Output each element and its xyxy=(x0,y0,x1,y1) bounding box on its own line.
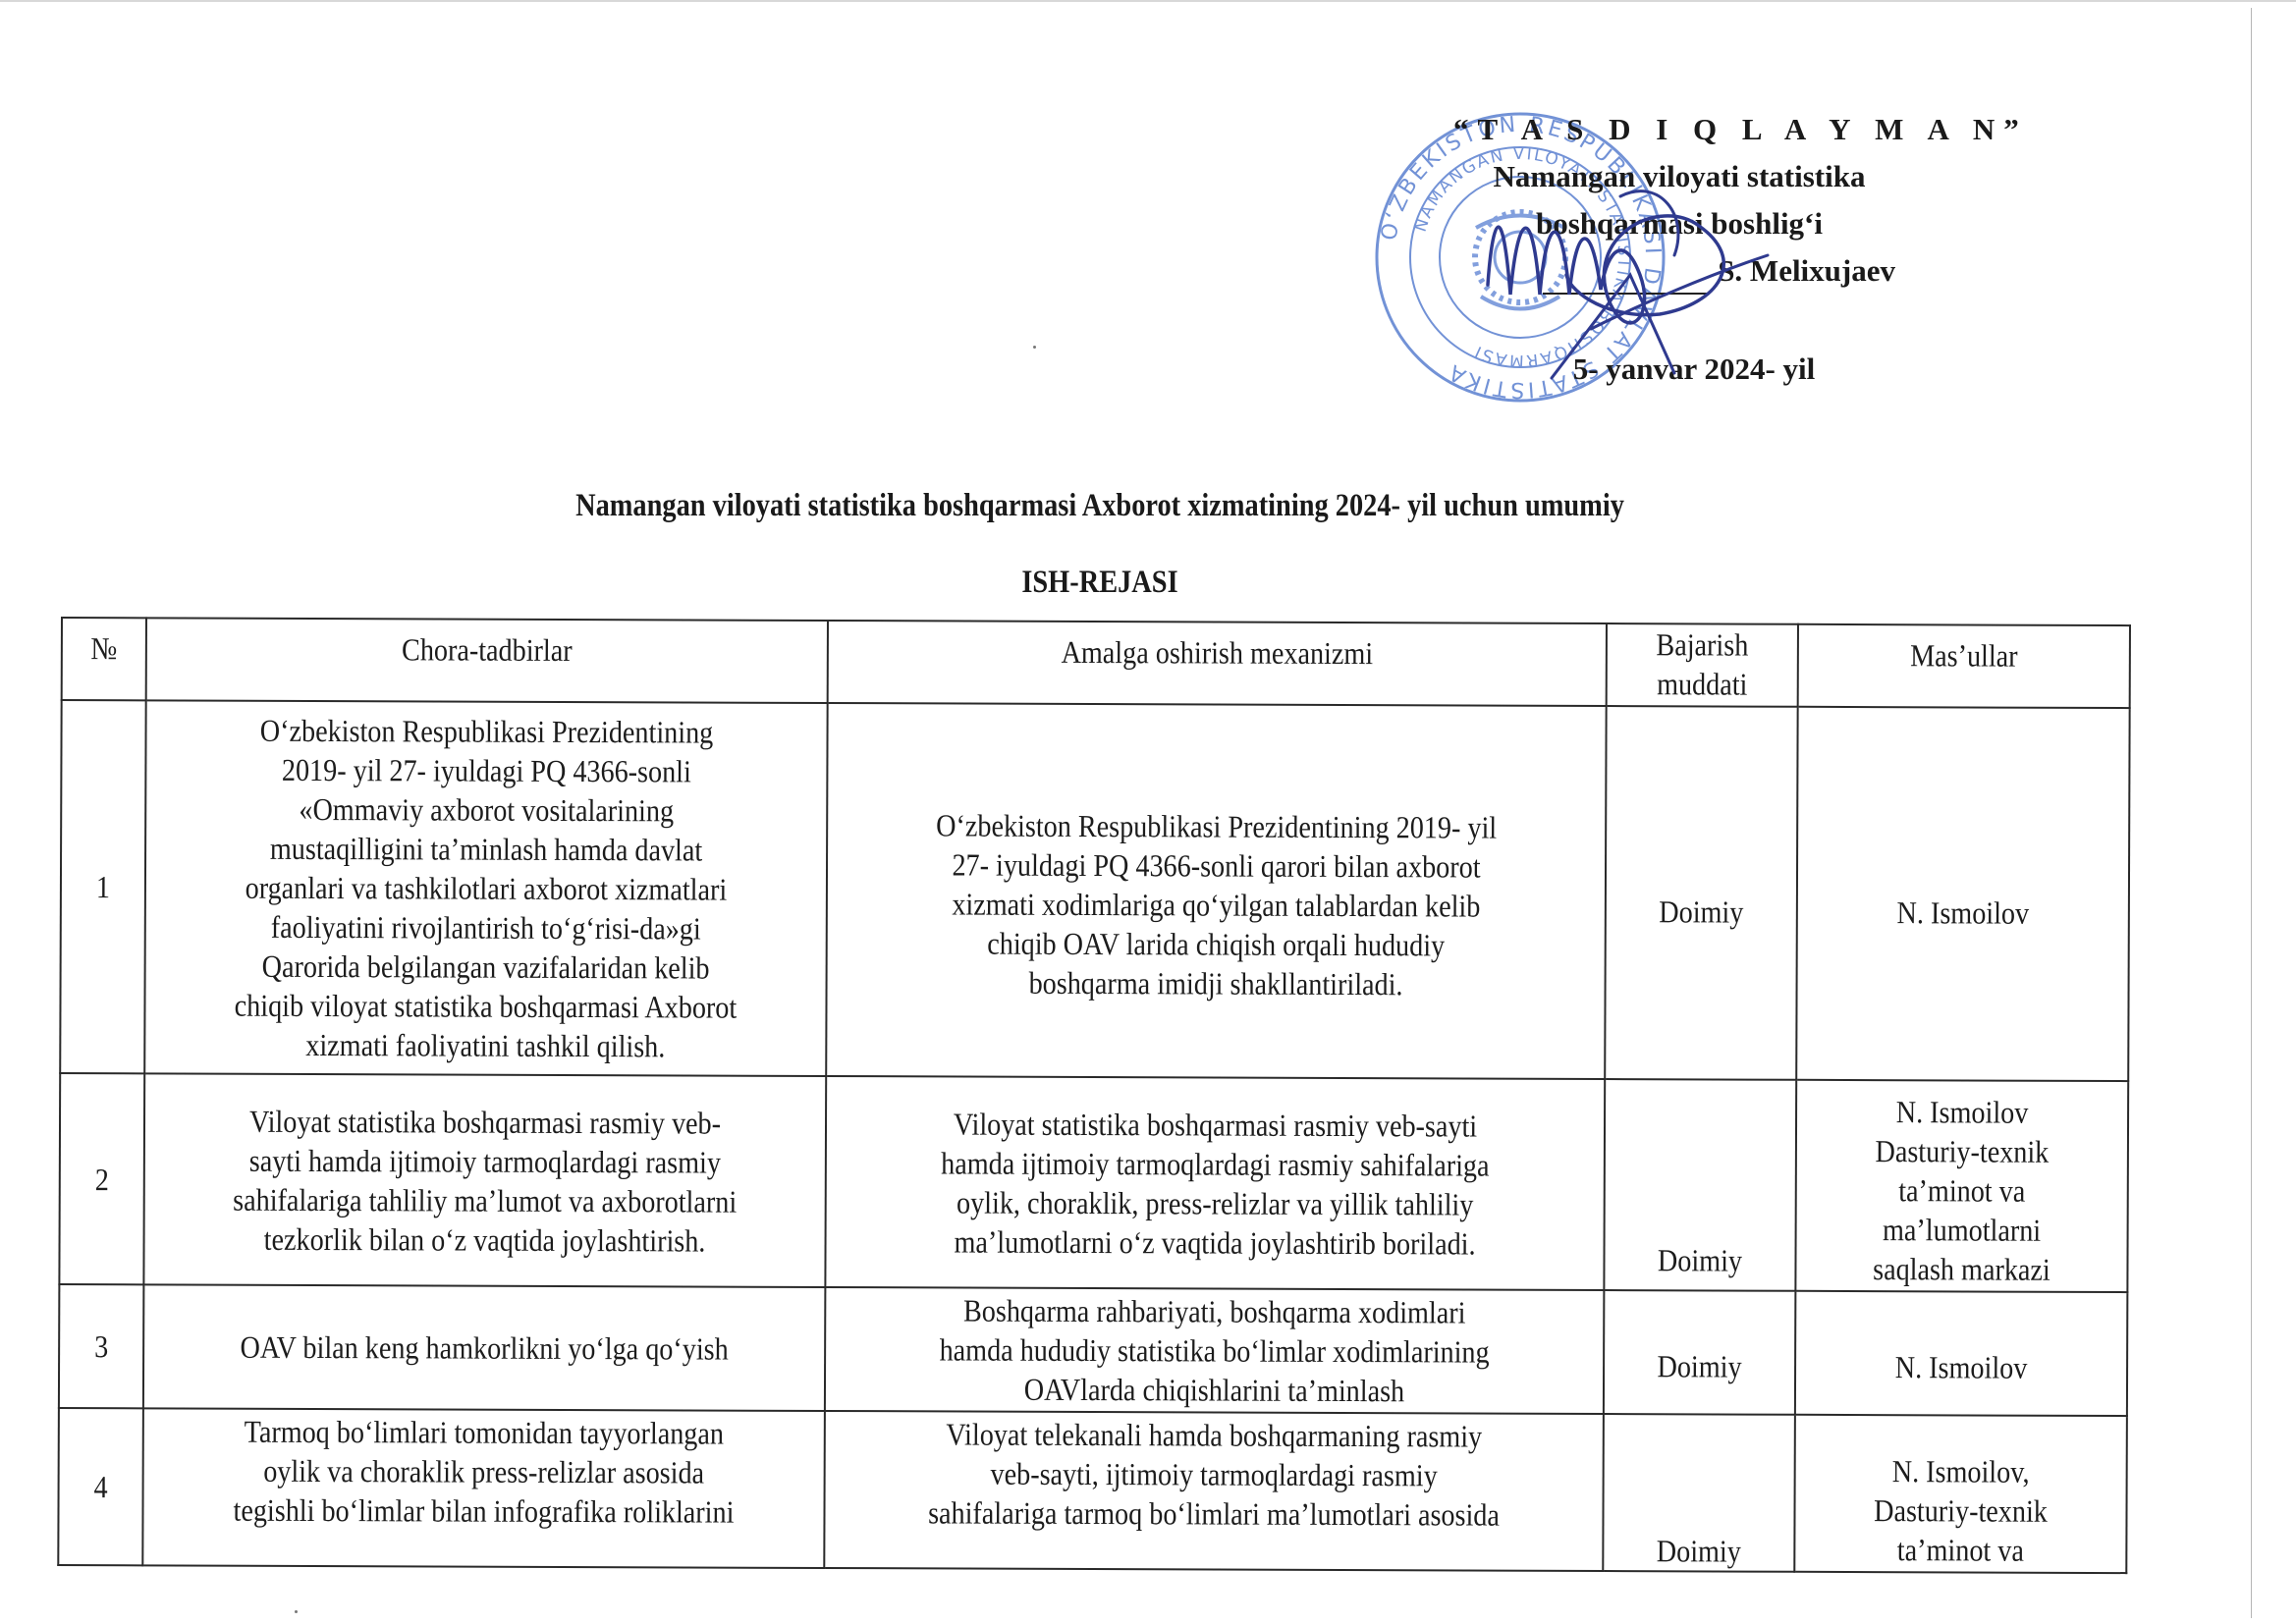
row-measure: Tarmoq bo‘limlari tomonidan tayyorlangan… xyxy=(142,1408,825,1568)
table-row: 3 OAV bilan keng hamkorlikni yo‘lga qo‘y… xyxy=(59,1284,2127,1416)
table-row: 4 Tarmoq bo‘limlari tomonidan tayyorlang… xyxy=(58,1408,2127,1573)
table-row: 1 O‘zbekiston Respublikasi Prezidentinin… xyxy=(60,700,2129,1081)
signature-icon xyxy=(1463,157,1777,383)
scan-speck xyxy=(1033,346,1036,349)
header-measures: Chora-tadbirlar xyxy=(146,618,828,703)
row-deadline: Doimiy xyxy=(1603,1414,1795,1572)
scan-edge-right xyxy=(2251,8,2252,1618)
row-measure: Viloyat statistika boshqarmasi rasmiy ve… xyxy=(143,1073,826,1287)
header-deadline: Bajarish muddati xyxy=(1607,623,1798,707)
header-number: № xyxy=(62,618,146,700)
row-responsible: N. Ismoilov xyxy=(1796,707,2129,1081)
row-mechanism: Boshqarma rahbariyati, boshqarma xodimla… xyxy=(825,1287,1604,1414)
header-mechanism: Amalga oshirish mexanizmi xyxy=(828,621,1607,706)
row-mechanism: Viloyat telekanali hamda boshqarmaning r… xyxy=(824,1411,1604,1571)
row-measure: OAV bilan keng hamkorlikni yo‘lga qo‘yis… xyxy=(143,1284,825,1411)
document-title: Namangan viloyati statistika boshqarmasi… xyxy=(475,488,1725,524)
row-number: 2 xyxy=(59,1073,144,1284)
row-mechanism: O‘zbekiston Respublikasi Prezidentining … xyxy=(826,703,1606,1079)
row-deadline: Doimiy xyxy=(1604,1079,1796,1291)
row-responsible: N. Ismoilov xyxy=(1795,1291,2127,1416)
row-number: 3 xyxy=(59,1284,143,1408)
row-responsible: N. Ismoilov Dasturiy-texnik ta’minot va … xyxy=(1795,1080,2128,1292)
table-header-row: № Chora-tadbirlar Amalga oshirish mexani… xyxy=(62,618,2130,708)
header-responsible: Mas’ullar xyxy=(1798,624,2130,708)
scan-edge-top xyxy=(0,0,2296,2)
table-row: 2 Viloyat statistika boshqarmasi rasmiy … xyxy=(59,1073,2128,1292)
approval-heading: “T A S D I Q L A Y M A N” xyxy=(1453,106,1944,153)
work-plan-table: № Chora-tadbirlar Amalga oshirish mexani… xyxy=(57,617,2131,1574)
row-measure: O‘zbekiston Respublikasi Prezidentining … xyxy=(144,700,827,1076)
document-subtitle: ISH-REJASI xyxy=(475,565,1725,601)
row-deadline: Doimiy xyxy=(1604,1290,1795,1415)
row-number: 4 xyxy=(58,1408,143,1565)
row-mechanism: Viloyat statistika boshqarmasi rasmiy ve… xyxy=(825,1076,1605,1290)
row-deadline: Doimiy xyxy=(1605,706,1797,1080)
row-number: 1 xyxy=(60,700,145,1073)
row-responsible: N. Ismoilov, Dasturiy-texnik ta’minot va xyxy=(1794,1415,2127,1573)
scan-speck xyxy=(295,1610,298,1613)
